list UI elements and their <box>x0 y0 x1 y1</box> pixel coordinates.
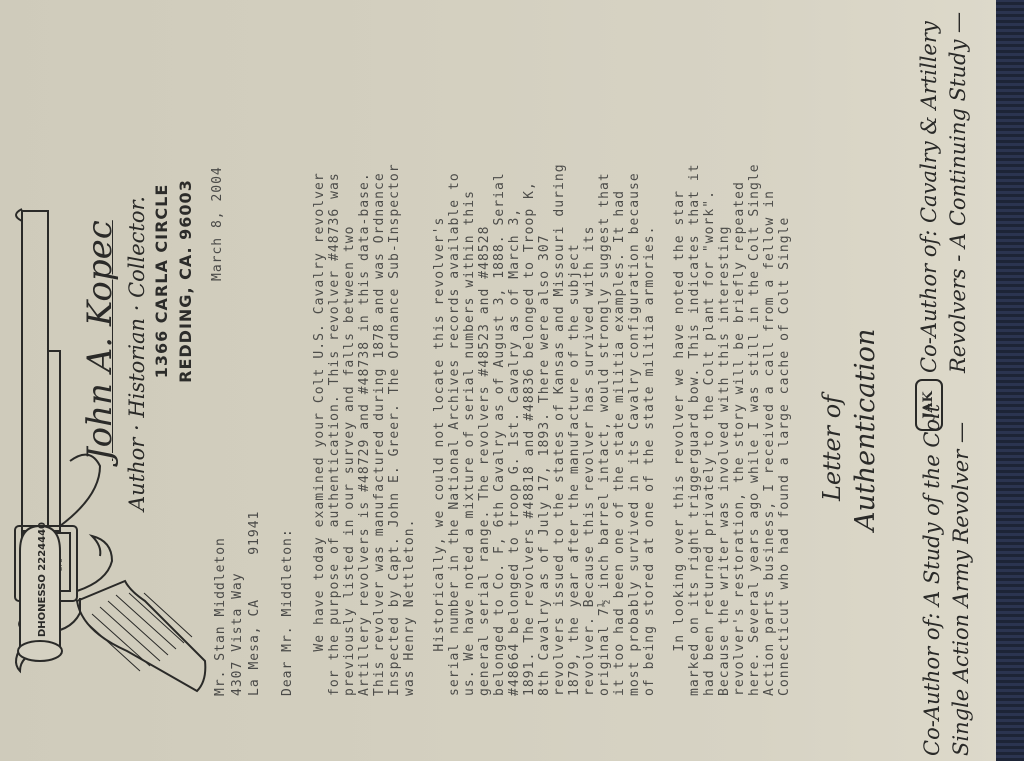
coauthor-credit-right: Co-Author of: Cavalry & Artillery Revolv… <box>915 12 973 373</box>
body-line: had been returned privately to the Colt … <box>702 76 717 696</box>
recipient-line: Mr. Stan Middleton <box>212 511 229 696</box>
coauthor-right-line2: Revolvers - A Continuing Study — <box>944 12 973 373</box>
body-line: it too had been one of the state militia… <box>612 76 627 696</box>
letterhead-name: John A. Kopec <box>80 220 120 461</box>
coauthor-right-line1: Co-Author of: Cavalry & Artillery <box>915 12 944 373</box>
body-line: previously listed in our survey and fall… <box>342 76 357 696</box>
body-line: Historically, we could not locate this r… <box>432 76 447 696</box>
recipient-address: Mr. Stan Middleton4307 Vista WayLa Mesa,… <box>212 511 263 696</box>
body-line: Action parts business, I received a call… <box>762 76 777 696</box>
letter-body: We have today examined your Colt U.S. Ca… <box>312 76 807 696</box>
svg-text:DHONESSO 2224440: DHONESSO 2224440 <box>37 522 48 637</box>
body-paragraph: Historically, we could not locate this r… <box>432 76 657 696</box>
coauthor-left-line2: Single Action Army Revolver — <box>947 404 976 756</box>
letterhead-address: 1366 CARLA CIRCLE REDDING, CA. 96003 <box>150 131 198 431</box>
letterhead-subtitle: Author · Historian · Collector. <box>125 196 149 511</box>
body-line: revolvers issued to the states of Kansas… <box>552 76 567 696</box>
letter-title-line1: Letter of <box>815 329 849 531</box>
coauthor-left-line1: Co-Author of: A Study of the Colt <box>918 404 947 756</box>
body-line: of being stored at one of the state mili… <box>642 76 657 696</box>
body-line: Inspected by Capt. John E. Greer. The Or… <box>387 76 402 696</box>
body-line: We have today examined your Colt U.S. Ca… <box>312 76 327 696</box>
body-line: belonged to Co. F, 6th Cavalry as of Aug… <box>492 76 507 696</box>
body-paragraph: We have today examined your Colt U.S. Ca… <box>312 76 417 696</box>
body-line: original 7½ inch barrel intact, would st… <box>597 76 612 696</box>
letterhead-street: 1366 CARLA CIRCLE <box>150 131 174 431</box>
salutation: Dear Mr. Middleton: <box>280 528 295 696</box>
body-line: Because the writer was involved with thi… <box>717 76 732 696</box>
recipient-line: La Mesa, CA 91941 <box>246 511 263 696</box>
body-line: Artillery revolvers is #48729 and #48738… <box>357 76 372 696</box>
body-line: for the purpose of authentication. This … <box>327 76 342 696</box>
coauthor-credit-left: Co-Author of: A Study of the Colt Single… <box>918 404 976 756</box>
body-line: general serial range. The revolvers #485… <box>477 76 492 696</box>
body-line: 1891. The revolvers #48818 and #48836 be… <box>522 76 537 696</box>
body-line: most probably survived in its Cavalry co… <box>627 76 642 696</box>
body-line: Connecticut who had found a large cache … <box>777 76 792 696</box>
body-line: revolver's restoration, the story will b… <box>732 76 747 696</box>
body-line: 8th Cavalry as of July 17, 1893. There w… <box>537 76 552 696</box>
body-paragraph: In looking over this revolver we have no… <box>672 76 792 696</box>
body-line: marked on its right triggerguard bow. Th… <box>687 76 702 696</box>
recipient-line: 4307 Vista Way <box>229 511 246 696</box>
letterhead-city: REDDING, CA. 96003 <box>174 131 198 431</box>
body-line: was Henry Nettleton. <box>402 76 417 696</box>
body-line: us. We have noted a mixture of serial nu… <box>462 76 477 696</box>
letter-title: Letter of Authentication <box>815 329 883 531</box>
body-line: revolver. Because this revolver has surv… <box>582 76 597 696</box>
letter-date: March 8, 2004 <box>210 166 225 281</box>
letter-page: DFC DHONESSO 2224440 John A. Kopec Autho… <box>0 0 1000 761</box>
body-line: 1879, the year after the manufacture of … <box>567 76 582 696</box>
body-line: This revolver was manufactured during 18… <box>372 76 387 696</box>
cartridge-illustration-icon: DHONESSO 2224440 <box>0 511 85 671</box>
background-fabric <box>996 0 1024 761</box>
body-line: here. Several years ago while I was stil… <box>747 76 762 696</box>
body-line: #48664 belonged to troop G. 1st. Cavalry… <box>507 76 522 696</box>
body-line: serial number in the National Archives r… <box>447 76 462 696</box>
letter-title-line2: Authentication <box>849 329 883 531</box>
body-line: In looking over this revolver we have no… <box>672 76 687 696</box>
